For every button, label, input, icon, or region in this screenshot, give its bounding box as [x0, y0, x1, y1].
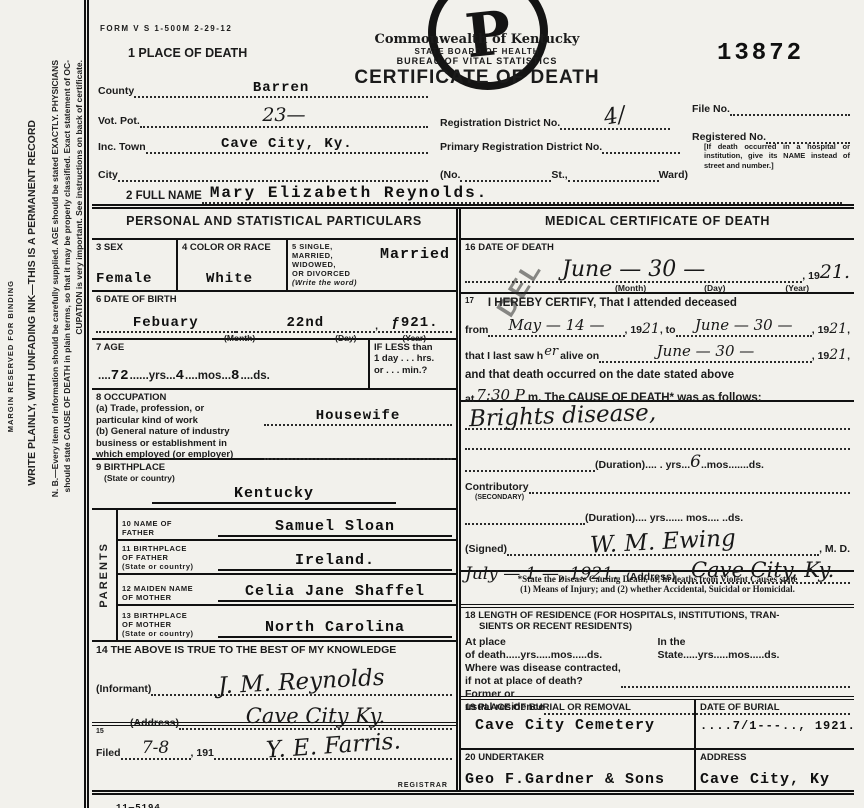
duration1-months-value: 6 [690, 452, 701, 472]
father-bp-label-2: OF FATHER [122, 553, 218, 562]
registrar-label: REGISTRAR [398, 782, 448, 789]
registered-no-field: Registered No. [692, 124, 850, 144]
attended-from-value: May — 14 — [508, 318, 604, 333]
mother-name-value: Celia Jane Shaffel [245, 584, 425, 599]
duration2-leader [465, 505, 585, 525]
age-row: 7 AGE ....72......yrs...4....mos...8....… [92, 340, 456, 390]
informant-signature: J. M. Reynolds [218, 667, 386, 699]
mother-birthplace-field: 13 BIRTHPLACE OF MOTHER (State or countr… [118, 606, 456, 640]
medical-certificate-column: DEL MEDICAL CERTIFICATE OF DEATH 16 DATE… [461, 209, 854, 790]
street-no-label: (No. [440, 169, 460, 182]
contributory-line [529, 474, 850, 494]
sex-field: 3 SEX Female [92, 240, 178, 290]
contributory-label: Contributory [465, 481, 529, 494]
occupation-a-value: Housewife [316, 409, 401, 423]
birthplace-field: 9 BIRTHPLACE (State or country) Kentucky [92, 460, 456, 510]
last-saw-label: that I last saw h [465, 350, 543, 363]
county-field: County Barren [98, 78, 428, 98]
contracted-line [621, 668, 850, 688]
place-of-burial-label: 19 PLACE OF BURIAL OR REMOVAL [465, 702, 690, 713]
form-number: FORM V S 1-500M 2-29-12 [100, 24, 232, 33]
date-of-burial-value: ....7/1---.., 1921. [700, 719, 850, 733]
filed-date-value: 7-8 [142, 740, 169, 757]
marital-value: Married [380, 246, 450, 263]
age-dots-1: .... [98, 370, 111, 382]
in-the-label-1: In the [658, 636, 851, 649]
occupation-b-line2: business or establishment in [96, 438, 264, 449]
informant-label: (Informant) [96, 683, 151, 696]
inc-town-line: Cave City, Ky. [146, 134, 428, 154]
form-body: PERSONAL AND STATISTICAL PARTICULARS 3 S… [92, 204, 854, 795]
to-year-preprint: , 19 [812, 324, 830, 337]
age-months-value: 4 [176, 368, 185, 384]
place-of-burial-value: Cave City Cemetery [475, 717, 690, 734]
bureau-line: BUREAU OF VITAL STATISTICS [332, 56, 622, 66]
personal-particulars-column: PERSONAL AND STATISTICAL PARTICULARS 3 S… [92, 209, 461, 790]
voting-precinct-value: 23— [262, 106, 305, 125]
city-line [118, 162, 428, 182]
undertaker-address-label: ADDRESS [700, 752, 850, 763]
last-saw-pronoun: er [544, 344, 558, 359]
inc-town-label: Inc. Town [98, 141, 146, 154]
dod-day-caption: (Day) [704, 283, 725, 293]
plate-number: 11—5194 [116, 803, 854, 808]
if-less-line1: IF LESS than [374, 342, 452, 353]
date-of-burial-label: DATE OF BURIAL [700, 702, 850, 713]
father-birthplace-value: Ireland. [295, 553, 375, 568]
full-name-line: Mary Elizabeth Reynolds. [202, 184, 842, 204]
dod-year-value: 21. [820, 261, 850, 283]
physician-signature: W. M. Ewing [590, 527, 737, 558]
residence-label-1: 18 LENGTH OF RESIDENCE (FOR HOSPITALS, I… [465, 610, 850, 621]
filed-label: Filed [96, 747, 121, 760]
mother-birthplace-line: North Carolina [218, 618, 452, 638]
cause-footnote: *State the Disease Causing Death, or, in… [461, 572, 854, 608]
sex-value: Female [96, 271, 152, 287]
commonwealth-line: Commonwealth of Kentucky [332, 32, 622, 47]
burial-row: 19 PLACE OF BURIAL OR REMOVAL Cave City … [461, 700, 854, 750]
occupation-a-line: Housewife [264, 406, 452, 426]
mother-name-line: Celia Jane Shaffel [218, 582, 452, 602]
mother-birthplace-value: North Carolina [265, 620, 405, 635]
dob-month-line: Febuary [96, 313, 236, 333]
filed-year-preprint: , 191 [191, 747, 214, 760]
signed-md-label: , M. D. [819, 543, 850, 556]
father-name-line: Samuel Sloan [218, 517, 452, 537]
last-saw-value: June — 30 — [657, 344, 755, 359]
sex-race-marital-row: 3 SEX Female 4 COLOR OR RACE White 5 SIN… [92, 240, 456, 292]
place-of-burial-field: 19 PLACE OF BURIAL OR REMOVAL Cave City … [461, 700, 696, 748]
age-dots-3: ....mos... [185, 370, 231, 382]
from-year-value: 21 [642, 321, 660, 337]
street-line [460, 162, 551, 182]
margin-nb-line1: N. B.—Every item of information should b… [50, 60, 60, 497]
last-saw-label2: alive on [560, 350, 599, 363]
dob-day-line: 22nd [236, 313, 376, 333]
informant-line: J. M. Reynolds [151, 671, 452, 696]
cause-of-death-value: Brights disease, [469, 402, 657, 432]
dob-day-value: 22nd [287, 316, 325, 330]
sex-label: 3 SEX [96, 242, 172, 253]
margin-nb-line3: CUPATION is very important. See instruct… [74, 60, 84, 335]
margin-binding-note: MARGIN RESERVED FOR BINDING [6, 280, 15, 432]
duration1-dots-a: .... . yrs... [645, 459, 690, 472]
dod-year-caption: (Year) [785, 283, 809, 293]
certificate-number: 13872 [717, 40, 804, 67]
father-name-label-1: 10 NAME OF [122, 519, 218, 528]
from-year-preprint: , 19 [625, 324, 643, 337]
form-header: FORM V S 1-500M 2-29-12 P Commonwealth o… [92, 0, 854, 204]
attended-to-line: June — 30 — [676, 317, 812, 337]
certificate-form: FORM V S 1-500M 2-29-12 P Commonwealth o… [92, 0, 854, 808]
duration2-dots: .... yrs...... mos.... ..ds. [635, 512, 743, 525]
at-place-label-1: At place [465, 636, 658, 649]
saw-comma: , [847, 350, 850, 363]
occupation-field: 8 OCCUPATION (a) Trade, profession, or p… [92, 390, 456, 460]
race-field: 4 COLOR OR RACE White [178, 240, 288, 290]
father-bp-label-3: (State or country) [122, 562, 218, 571]
if-less-line2: 1 day . . . hrs. [374, 353, 452, 364]
age-label: 7 AGE [96, 342, 364, 353]
registrar-signature: Y. E. Farris. [265, 730, 401, 762]
attended-from-label: from [465, 324, 488, 337]
registration-district-value: 4/ [603, 104, 628, 129]
registration-district-field: Registration District No. 4/ [440, 106, 670, 130]
if-less-field: IF LESS than 1 day . . . hrs. or . . . m… [368, 340, 456, 388]
undertaker-row: 20 UNDERTAKER Geo F.Gardner & Sons ADDRE… [461, 750, 854, 790]
primary-registration-line [602, 134, 680, 154]
in-the-label-2: State.....yrs.....mos.....ds. [658, 649, 851, 662]
signed-line: W. M. Ewing [507, 531, 819, 556]
to-year-value: 21 [829, 321, 847, 337]
binding-rule [84, 0, 89, 808]
registrar-line: Y. E. Farris. [214, 735, 452, 760]
father-name-label-2: FATHER [122, 528, 218, 537]
birthplace-value: Kentucky [234, 486, 314, 501]
birthplace-line: Kentucky [152, 484, 396, 504]
duration1-leader [465, 452, 595, 472]
signed-label: (Signed) [465, 543, 507, 556]
length-of-residence-block: 18 LENGTH OF RESIDENCE (FOR HOSPITALS, I… [461, 608, 854, 700]
informant-address-value: Cave City Ky. [246, 706, 385, 727]
informant-block: 14 THE ABOVE IS TRUE TO THE BEST OF MY K… [92, 642, 456, 726]
at-place-label-2: of death.....yrs.....mos.....ds. [465, 649, 658, 662]
mother-name-field: 12 MAIDEN NAME OF MOTHER Celia Jane Shaf… [118, 575, 456, 606]
duration2-label: (Duration) [585, 512, 635, 525]
footnote-line1: *State the Disease Causing Death, or, in… [465, 574, 850, 584]
mother-name-label-1: 12 MAIDEN NAME [122, 584, 218, 593]
registration-district-line: 4/ [560, 106, 670, 130]
death-certificate-scan: MARGIN RESERVED FOR BINDING WRITE PLAINL… [0, 0, 864, 808]
inc-town-field: Inc. Town Cave City, Ky. [98, 134, 428, 154]
mother-bp-label-2: OF MOTHER [122, 620, 218, 629]
last-saw-line: June — 30 — [599, 343, 812, 363]
file-no-field: File No. [692, 96, 850, 116]
ward-label: Ward) [659, 169, 688, 182]
occupation-a-line2: particular kind of work [96, 415, 264, 426]
dob-month-value: Febuary [133, 316, 199, 330]
county-line: Barren [134, 78, 428, 98]
mother-bp-label-1: 13 BIRTHPLACE [122, 611, 218, 620]
mother-bp-label-3: (State or country) [122, 629, 218, 638]
county-label: County [98, 85, 134, 98]
occupation-a-line1: (a) Trade, profession, or [96, 403, 264, 414]
dob-label: 6 DATE OF BIRTH [96, 294, 452, 305]
father-name-field: 10 NAME OF FATHER Samuel Sloan [118, 510, 456, 541]
undertaker-address-value: Cave City, Ky [700, 771, 850, 788]
parents-label: PARENTS [98, 542, 110, 608]
street-label: St., [551, 169, 567, 182]
marital-label-4: OR DIVORCED [292, 269, 452, 278]
footnote-line2: (1) Means of Injury; and (2) whether Acc… [465, 584, 850, 594]
residence-label-2: SIENTS OR RECENT RESIDENTS) [479, 621, 850, 632]
parents-sidebar: PARENTS [92, 510, 118, 640]
occupation-b-line [264, 440, 452, 460]
primary-registration-field: Primary Registration District No. [440, 134, 680, 154]
hospital-note: [If death occurred in a hospital or inst… [704, 142, 850, 170]
birthplace-label: 9 BIRTHPLACE [96, 462, 452, 473]
dob-year-value: ƒ921. [392, 316, 439, 330]
attended-from-line: May — 14 — [488, 317, 624, 337]
cause-line-1: Brights disease, [465, 405, 850, 430]
occupation-b-line1: (b) General nature of industry [96, 426, 264, 437]
city-label: City [98, 169, 118, 182]
dod-month-caption: (Month) [615, 283, 646, 293]
race-label: 4 COLOR OR RACE [182, 242, 282, 253]
filed-date-line: 7-8 [121, 740, 191, 760]
registered-no-line [766, 124, 850, 144]
truth-statement: 14 THE ABOVE IS TRUE TO THE BEST OF MY K… [96, 644, 452, 657]
full-name-value: Mary Elizabeth Reynolds. [210, 185, 488, 201]
duration1-label: (Duration) [595, 459, 645, 472]
to-comma: , [847, 324, 850, 337]
attended-to-label: , to [660, 324, 676, 337]
date-of-birth-field: 6 DATE OF BIRTH Febuary 22nd , ƒ921. [92, 292, 456, 340]
age-field: 7 AGE ....72......yrs...4....mos...8....… [92, 340, 368, 388]
margin-nb-line2: should state CAUSE OF DEATH in plain ter… [62, 60, 72, 493]
contracted-label-1: Where was disease contracted, [465, 662, 621, 675]
occupation-b-line3: which employed (or employer) [96, 449, 264, 460]
father-bp-label-1: 11 BIRTHPLACE [122, 544, 218, 553]
county-value: Barren [253, 81, 309, 95]
voting-precinct-label: Vot. Pot. [98, 115, 140, 128]
age-years-value: 72 [111, 368, 130, 384]
margin-write-plainly-note: WRITE PLAINLY, WITH UNFADING INK—THIS IS… [26, 120, 39, 486]
marital-status-field: 5 SINGLE, MARRIED, WIDOWED, OR DIVORCED … [288, 240, 456, 290]
undertaker-address-field: ADDRESS Cave City, Ky [696, 750, 854, 790]
undertaker-label: 20 UNDERTAKER [465, 752, 690, 763]
attended-to-value: June — 30 — [695, 318, 793, 333]
birthplace-sublabel: (State or country) [104, 473, 452, 483]
parents-block: PARENTS 10 NAME OF FATHER Samuel Sloan [92, 510, 456, 642]
ward-line [568, 162, 659, 182]
if-less-line3: or . . . min.? [374, 365, 452, 376]
marital-label-5: (Write the word) [292, 278, 452, 287]
occupation-label: 8 OCCUPATION [96, 392, 452, 403]
dob-year-line: ƒ921. [378, 313, 452, 333]
registration-district-label: Registration District No. [440, 117, 560, 130]
contracted-label-2: if not at place of death? [465, 675, 621, 688]
father-birthplace-field: 11 BIRTHPLACE OF FATHER (State or countr… [118, 541, 456, 575]
board-line: STATE BOARD OF HEALTH [332, 47, 622, 56]
filed-block: 15 Filed 7-8 , 191 Y. E. Farris. REGISTR… [92, 726, 456, 790]
cause-line-2 [465, 430, 850, 450]
certify-item-number: 17 [465, 296, 474, 305]
place-of-death-section-label: 1 PLACE OF DEATH [128, 46, 247, 60]
age-dots-2: ......yrs... [130, 370, 176, 382]
father-birthplace-line: Ireland. [218, 551, 452, 571]
cause-of-death-block: Brights disease, (Duration) .... . yrs..… [461, 402, 854, 472]
saw-year-value: 21 [829, 347, 847, 363]
duration1-dots-b: ..mos.......ds. [701, 459, 764, 472]
full-name-field: 2 FULL NAME Mary Elizabeth Reynolds. [126, 184, 842, 204]
father-name-value: Samuel Sloan [275, 519, 395, 534]
dod-value: June — 30 — [562, 259, 705, 281]
undertaker-value: Geo F.Gardner & Sons [465, 771, 690, 788]
age-dots-4: ....ds. [240, 370, 269, 382]
contributory-sublabel: (SECONDARY) [475, 494, 850, 501]
personal-section-title: PERSONAL AND STATISTICAL PARTICULARS [92, 209, 456, 240]
saw-year-preprint: , 19 [812, 350, 830, 363]
voting-precinct-line: 23— [140, 106, 428, 128]
city-field: City [98, 162, 428, 182]
undertaker-field: 20 UNDERTAKER Geo F.Gardner & Sons [461, 750, 696, 790]
voting-precinct-field: Vot. Pot. 23— [98, 106, 428, 128]
dod-year-preprint: , 19 [802, 270, 820, 283]
contributory-block: Contributory (SECONDARY) (Duration) ....… [461, 472, 854, 572]
race-value: White [206, 271, 253, 287]
mother-name-label-2: OF MOTHER [122, 593, 218, 602]
dod-label: 16 DATE OF DEATH [465, 242, 850, 253]
primary-registration-label: Primary Registration District No. [440, 141, 602, 154]
street-ward-field: (No. St., Ward) [440, 162, 688, 182]
date-of-burial-field: DATE OF BURIAL ....7/1---.., 1921. [696, 700, 854, 748]
certify-line4: and that death occurred on the date stat… [465, 368, 850, 383]
medical-section-title: MEDICAL CERTIFICATE OF DEATH [461, 209, 854, 240]
file-no-line [730, 96, 850, 116]
full-name-label: 2 FULL NAME [126, 189, 202, 204]
file-no-label: File No. [692, 103, 730, 116]
inc-town-value: Cave City, Ky. [221, 137, 353, 151]
